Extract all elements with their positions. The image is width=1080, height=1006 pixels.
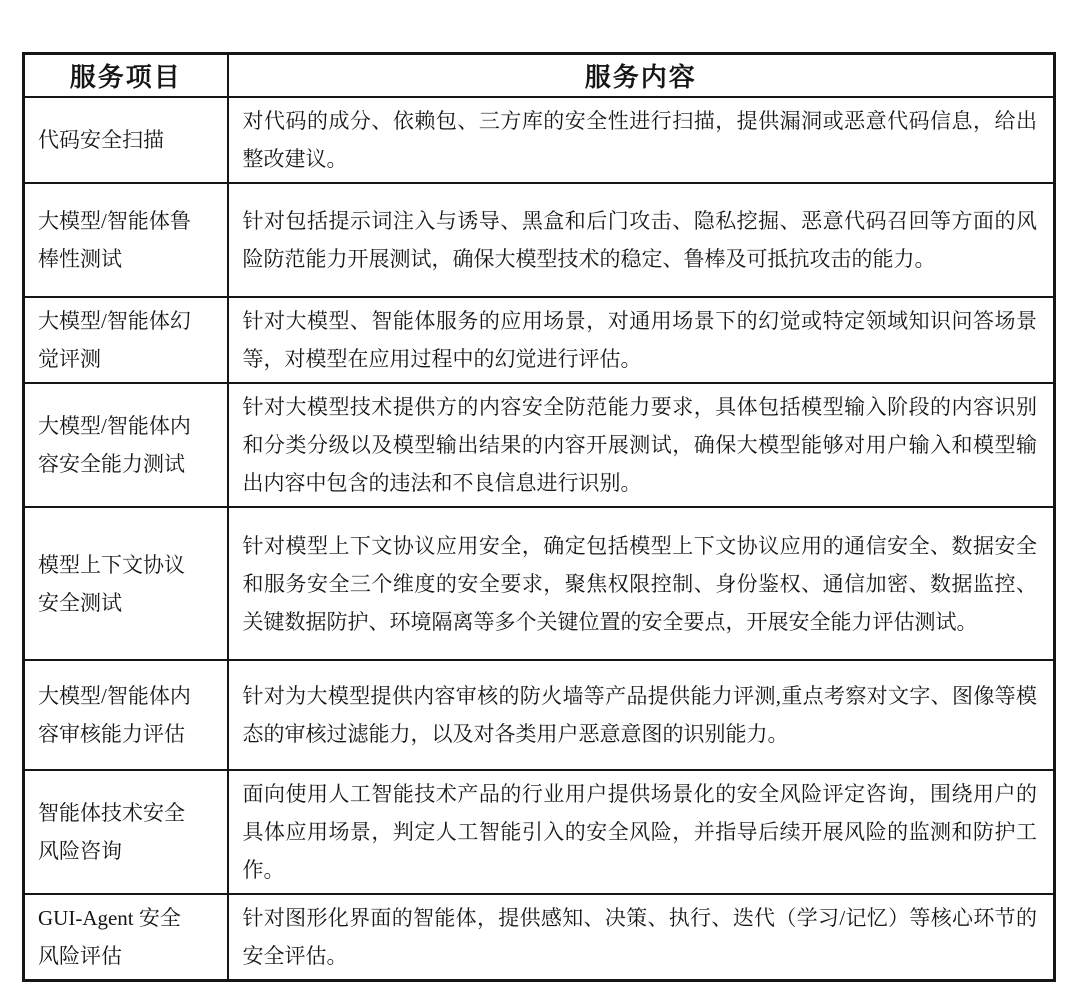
table-row: 智能体技术安全风险咨询 面向使用人工智能技术产品的行业用户提供场景化的安全风险评… xyxy=(24,770,1055,894)
service-content-cell: 针对模型上下文协议应用安全，确定包括模型上下文协议应用的通信安全、数据安全和服务… xyxy=(228,507,1055,660)
table-row: 代码安全扫描 对代码的成分、依赖包、三方库的安全性进行扫描，提供漏洞或恶意代码信… xyxy=(24,97,1055,183)
service-item-cell: GUI-Agent 安全风险评估 xyxy=(24,894,228,981)
service-content-cell: 针对包括提示词注入与诱导、黑盒和后门攻击、隐私挖掘、恶意代码召回等方面的风险防范… xyxy=(228,183,1055,297)
table-row: 大模型/智能体幻觉评测 针对大模型、智能体服务的应用场景，对通用场景下的幻觉或特… xyxy=(24,297,1055,383)
service-item-cell: 大模型/智能体内容审核能力评估 xyxy=(24,660,228,770)
service-content-cell: 对代码的成分、依赖包、三方库的安全性进行扫描，提供漏洞或恶意代码信息，给出整改建… xyxy=(228,97,1055,183)
table-row: 大模型/智能体内容审核能力评估 针对为大模型提供内容审核的防火墙等产品提供能力评… xyxy=(24,660,1055,770)
header-service-item: 服务项目 xyxy=(24,54,228,98)
table-row: GUI-Agent 安全风险评估 针对图形化界面的智能体，提供感知、决策、执行、… xyxy=(24,894,1055,981)
table-row: 模型上下文协议安全测试 针对模型上下文协议应用安全，确定包括模型上下文协议应用的… xyxy=(24,507,1055,660)
service-item-cell: 智能体技术安全风险咨询 xyxy=(24,770,228,894)
table-header-row: 服务项目 服务内容 xyxy=(24,54,1055,98)
service-content-cell: 面向使用人工智能技术产品的行业用户提供场景化的安全风险评定咨询，围绕用户的具体应… xyxy=(228,770,1055,894)
service-item-cell: 代码安全扫描 xyxy=(24,97,228,183)
service-content-cell: 针对大模型、智能体服务的应用场景，对通用场景下的幻觉或特定领域知识问答场景等，对… xyxy=(228,297,1055,383)
service-item-cell: 模型上下文协议安全测试 xyxy=(24,507,228,660)
service-content-cell: 针对大模型技术提供方的内容安全防范能力要求，具体包括模型输入阶段的内容识别和分类… xyxy=(228,383,1055,507)
service-table: 服务项目 服务内容 代码安全扫描 对代码的成分、依赖包、三方库的安全性进行扫描，… xyxy=(22,52,1056,982)
header-service-content: 服务内容 xyxy=(228,54,1055,98)
service-item-cell: 大模型/智能体鲁棒性测试 xyxy=(24,183,228,297)
service-item-cell: 大模型/智能体幻觉评测 xyxy=(24,297,228,383)
service-content-cell: 针对为大模型提供内容审核的防火墙等产品提供能力评测,重点考察对文字、图像等模态的… xyxy=(228,660,1055,770)
table-row: 大模型/智能体鲁棒性测试 针对包括提示词注入与诱导、黑盒和后门攻击、隐私挖掘、恶… xyxy=(24,183,1055,297)
service-content-cell: 针对图形化界面的智能体，提供感知、决策、执行、迭代（学习/记忆）等核心环节的安全… xyxy=(228,894,1055,981)
table-row: 大模型/智能体内容安全能力测试 针对大模型技术提供方的内容安全防范能力要求，具体… xyxy=(24,383,1055,507)
service-item-cell: 大模型/智能体内容安全能力测试 xyxy=(24,383,228,507)
